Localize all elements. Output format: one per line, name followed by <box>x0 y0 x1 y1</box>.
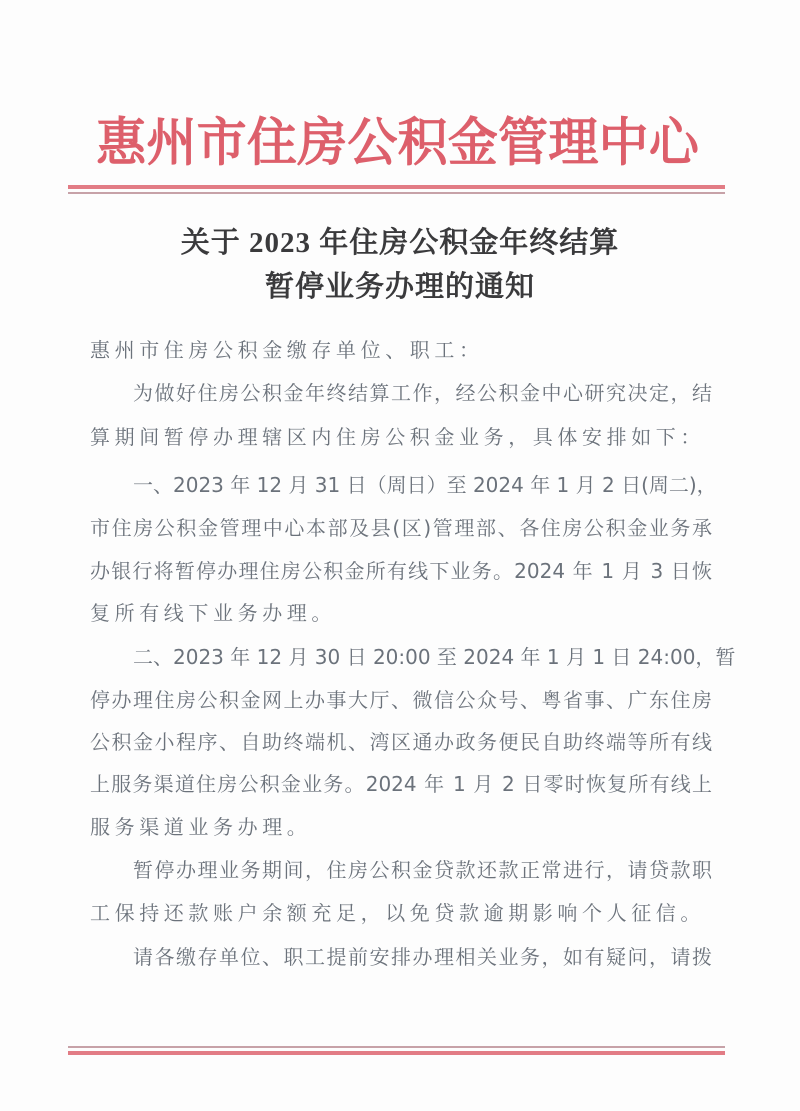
body-line: 二、2023 年 12 月 30 日 20:00 至 2024 年 1 月 1 … <box>133 642 712 672</box>
masthead-char: 惠 <box>96 111 146 175</box>
masthead-char: 市 <box>197 111 247 175</box>
body-line: 算期间暂停办理辖区内住房公积金业务，具体安排如下： <box>90 422 712 452</box>
body-line: 请各缴存单位、职工提前安排办理相关业务，如有疑问，请拨 <box>133 942 712 972</box>
masthead-char: 公 <box>347 111 397 175</box>
body-line: 上服务渠道住房公积金业务。2024 年 1 月 2 日零时恢复所有线上 <box>90 769 712 799</box>
notice-title-line-1: 关于 2023 年住房公积金年终结算 <box>0 223 800 263</box>
footer-rule-thick <box>68 1051 725 1055</box>
masthead-char: 积 <box>398 111 448 175</box>
body-line: 工保持还款账户余额充足，以免贷款逾期影响个人征信。 <box>90 898 712 928</box>
document-page: 惠 州 市 住 房 公 积 金 管 理 中 心 关于 2023 年住房公积金年终… <box>0 0 800 1111</box>
masthead-char: 中 <box>599 111 649 175</box>
masthead-char: 州 <box>146 111 196 175</box>
body-line: 复所有线下业务办理。 <box>90 598 712 628</box>
salutation: 惠州市住房公积金缴存单位、职工： <box>90 335 712 365</box>
body-line: 市住房公积金管理中心本部及县(区)管理部、各住房公积金业务承 <box>90 513 712 543</box>
footer-rule-thin <box>68 1046 725 1048</box>
body-line: 办银行将暂停办理住房公积金所有线下业务。2024 年 1 月 3 日恢 <box>90 556 712 586</box>
masthead-char: 管 <box>498 111 548 175</box>
body-line: 停办理住房公积金网上办事大厅、微信公众号、粤省事、广东住房 <box>90 685 712 715</box>
notice-title-line-2: 暂停业务办理的通知 <box>0 267 800 307</box>
body-line: 一、2023 年 12 月 31 日（周日）至 2024 年 1 月 2 日(周… <box>133 470 712 500</box>
masthead-char: 金 <box>448 111 498 175</box>
masthead-char: 理 <box>548 111 598 175</box>
masthead-char: 心 <box>649 111 699 175</box>
body-line: 公积金小程序、自助终端机、湾区通办政务便民自助终端等所有线 <box>90 727 712 757</box>
masthead-char: 房 <box>297 111 347 175</box>
masthead-org-name: 惠 州 市 住 房 公 积 金 管 理 中 心 <box>68 112 725 174</box>
header-rule-thick <box>68 185 725 189</box>
masthead-char: 住 <box>247 111 297 175</box>
body-line: 暂停办理业务期间，住房公积金贷款还款正常进行，请贷款职 <box>133 855 712 885</box>
body-line: 为做好住房公积金年终结算工作，经公积金中心研究决定，结 <box>133 378 712 408</box>
body-line: 服务渠道业务办理。 <box>90 812 712 842</box>
header-rule-thin <box>68 192 725 194</box>
